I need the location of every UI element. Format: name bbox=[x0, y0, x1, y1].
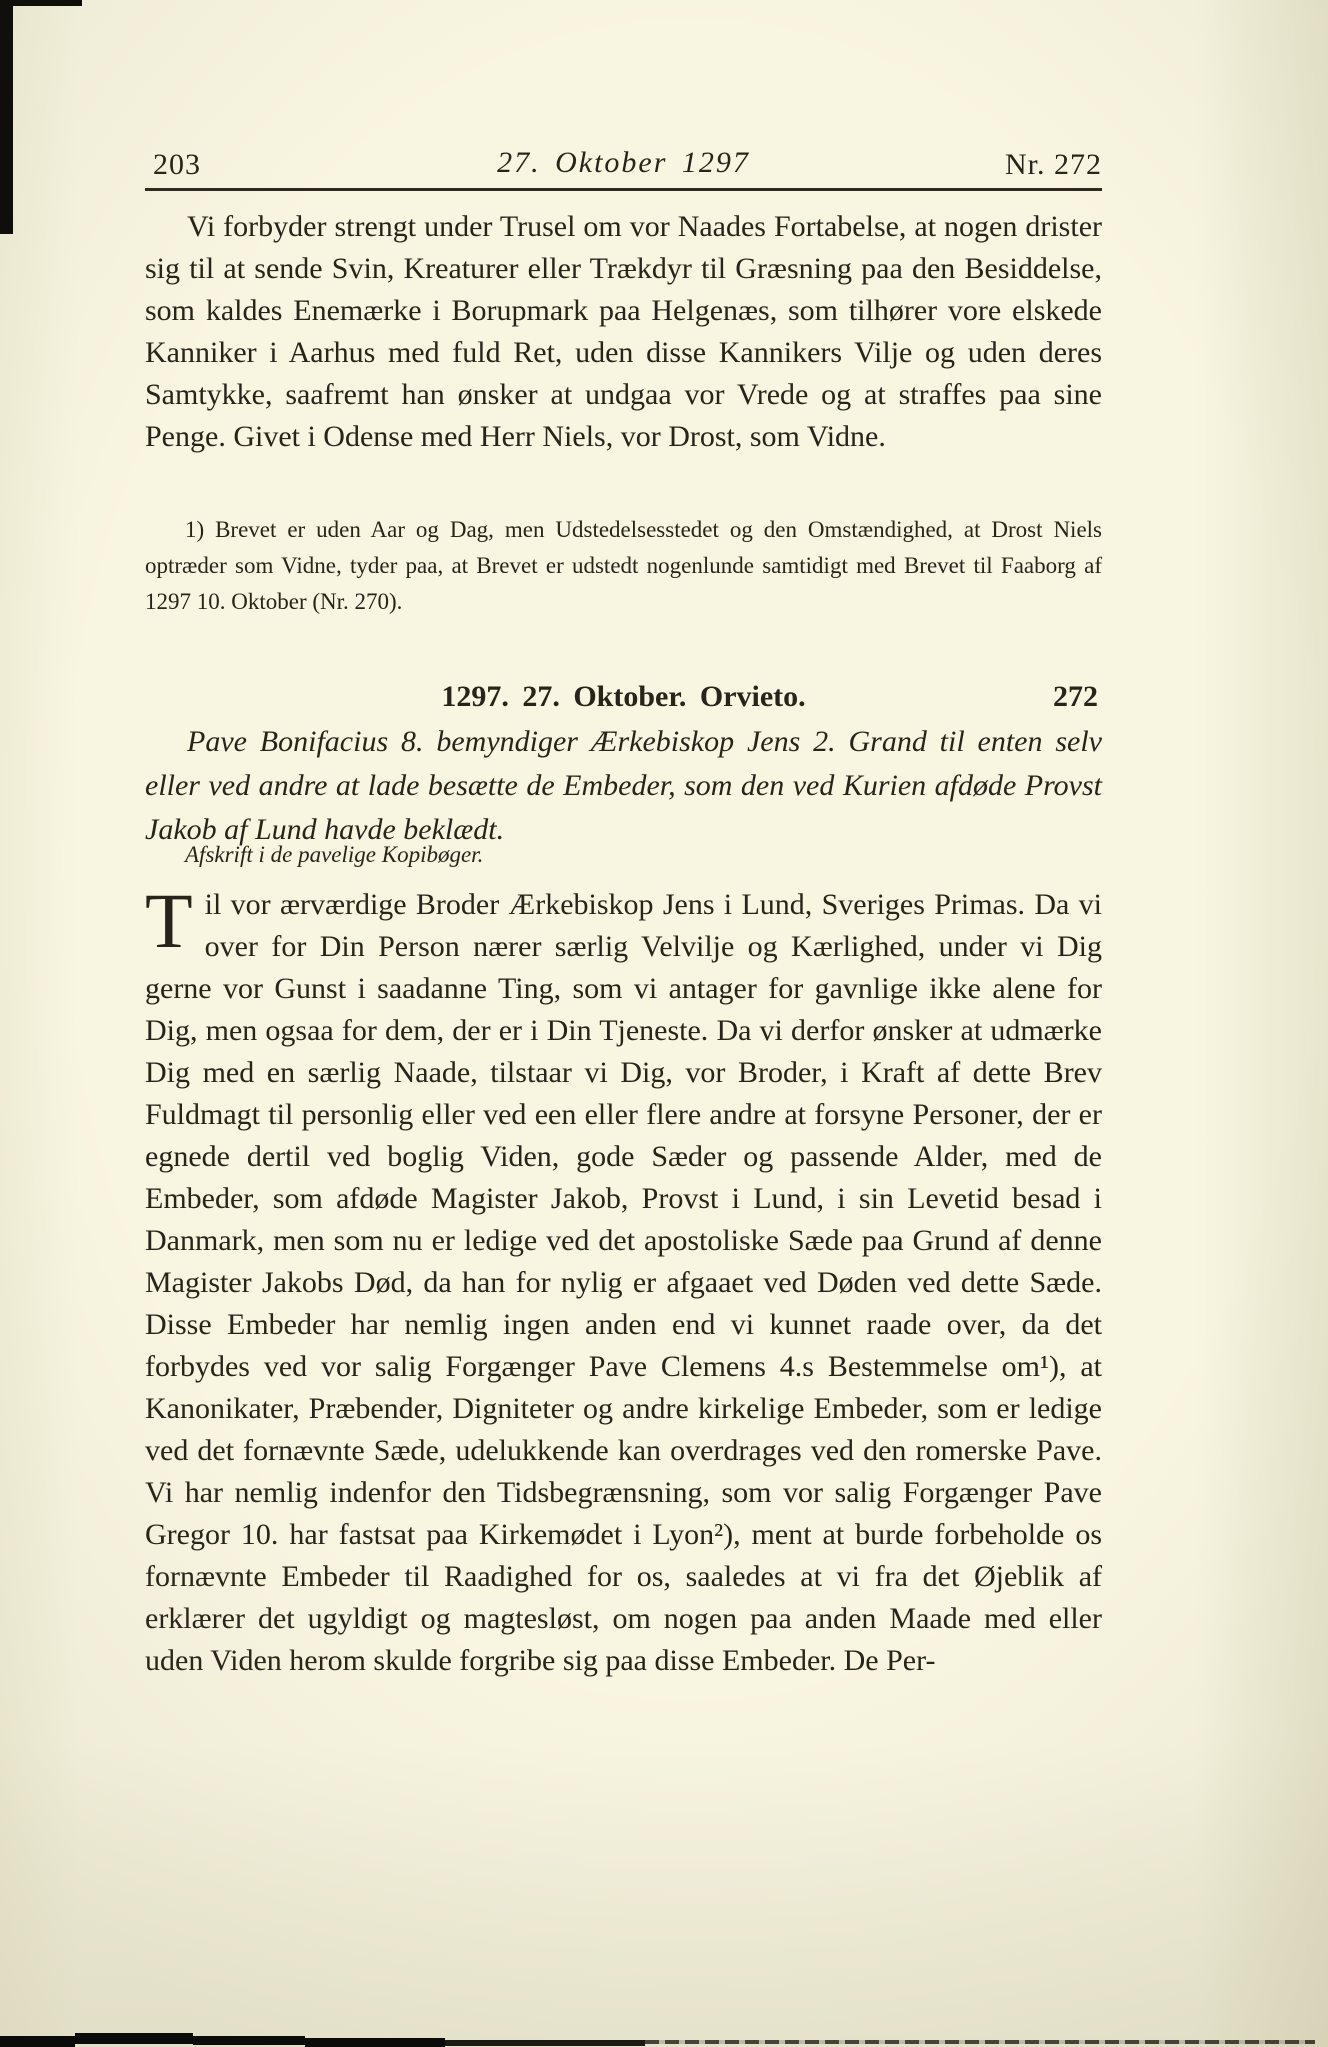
entry-272-source-note: Afskrift i de pavelige Kopibøger. bbox=[145, 840, 1142, 870]
entry-272-heading: 1297. 27. Oktober. Orvieto. bbox=[145, 680, 1102, 714]
scan-artifact-bottom-band bbox=[445, 2040, 645, 2046]
entry-272-number: 272 bbox=[1053, 680, 1098, 714]
scan-artifact-bottom-band bbox=[75, 2033, 193, 2044]
running-head-rule bbox=[145, 188, 1102, 191]
entry-272-summary: Pave Bonifacius 8. bemyndiger Ærkebiskop… bbox=[145, 720, 1102, 852]
scan-artifact-top-edge bbox=[0, 0, 82, 6]
scan-artifact-bottom-band bbox=[305, 2038, 445, 2047]
book-page: 203 27. Oktober 1297 Nr. 272 Vi forbyder… bbox=[0, 0, 1328, 2047]
scan-artifact-bottom-dashed-line bbox=[645, 2040, 1315, 2044]
scan-artifact-left-edge bbox=[0, 0, 13, 234]
scan-artifact-bottom-band bbox=[193, 2036, 305, 2045]
entry-272-body: Til vor ærværdige Broder Ærkebiskop Jens… bbox=[145, 884, 1102, 1682]
entry-272-heading-row: 1297. 27. Oktober. Orvieto. 272 bbox=[145, 680, 1102, 720]
running-head: 203 27. Oktober 1297 Nr. 272 bbox=[145, 148, 1102, 184]
running-head-entry-number: Nr. 272 bbox=[1005, 148, 1102, 182]
running-head-date: 27. Oktober 1297 bbox=[145, 146, 1102, 180]
entry-271-footnote: 1) Brevet er uden Aar og Dag, men Udsted… bbox=[145, 512, 1102, 620]
scan-artifact-bottom-band bbox=[0, 2036, 75, 2047]
entry-271-body: Vi forbyder strengt under Trusel om vor … bbox=[145, 206, 1102, 458]
